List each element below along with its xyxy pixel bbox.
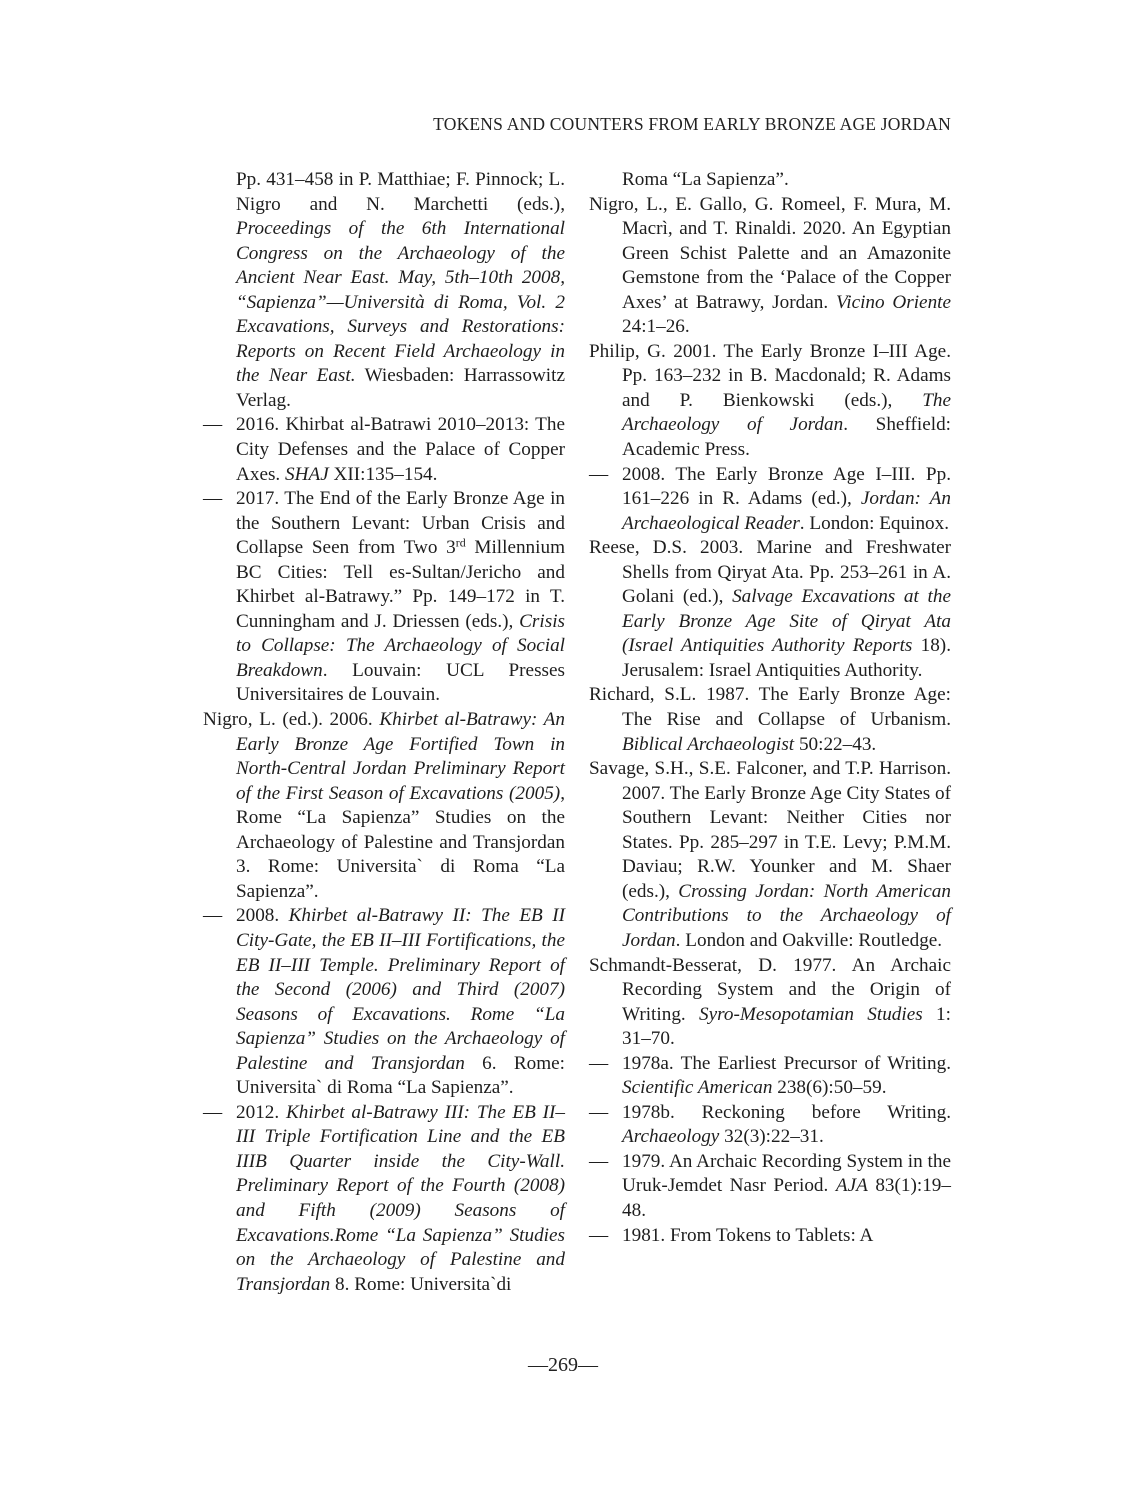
running-head: TOKENS AND COUNTERS FROM EARLY BRONZE AG… [433, 114, 951, 135]
reference-text: Roma “La Sapienza”. [622, 169, 789, 190]
reference-text: 1978b. Reckoning before Writing. [622, 1102, 951, 1123]
reference-entry: Nigro, L. (ed.). 2006. Khirbet al-Batraw… [203, 708, 565, 904]
reference-entry: —1981. From Tokens to Tablets: A [589, 1224, 951, 1249]
ditto-dash: — [203, 487, 222, 512]
reference-entry: —1978b. Reckoning before Writing. Archae… [589, 1101, 951, 1150]
reference-text: 24:1–26. [622, 316, 690, 337]
reference-entry: Reese, D.S. 2003. Marine and Freshwater … [589, 536, 951, 683]
italic-title: Khirbet al-Batrawy II: The EB II City-Ga… [236, 905, 565, 1073]
italic-title: Archaeology [622, 1126, 719, 1147]
reference-entry: Richard, S.L. 1987. The Early Bronze Age… [589, 683, 951, 757]
reference-text: Nigro, L. (ed.). 2006. [203, 709, 379, 730]
italic-title: SHAJ [285, 464, 329, 485]
references-right-column: Roma “La Sapienza”.Nigro, L., E. Gallo, … [589, 168, 951, 1248]
ditto-dash: — [203, 413, 222, 438]
ditto-dash: — [203, 904, 222, 929]
reference-continuation: Pp. 431–458 in P. Matthiae; F. Pinnock; … [203, 168, 565, 413]
reference-text: 2008. [236, 905, 289, 926]
reference-entry: Philip, G. 2001. The Early Bronze I–III … [589, 340, 951, 463]
reference-text: . London: Equinox. [800, 513, 949, 534]
reference-entry: —1979. An Archaic Recording System in th… [589, 1150, 951, 1224]
ditto-dash: — [589, 1101, 608, 1126]
reference-entry: Nigro, L., E. Gallo, G. Romeel, F. Mura,… [589, 193, 951, 340]
reference-text: Pp. 431–458 in P. Matthiae; F. Pinnock; … [236, 169, 565, 215]
ditto-dash: — [589, 1150, 608, 1175]
italic-title: Proceedings of the 6th International Con… [236, 218, 565, 386]
reference-entry: —2016. Khirbat al-Batrawi 2010–2013: The… [203, 413, 565, 487]
reference-text: 1978a. The Earliest Precursor of Writing… [622, 1053, 951, 1074]
reference-entry: —2008. The Early Bronze Age I–III. Pp. 1… [589, 463, 951, 537]
reference-text: 2012. [236, 1102, 286, 1123]
reference-text: 32(3):22–31. [719, 1126, 823, 1147]
italic-title: Vicino Oriente [836, 292, 951, 313]
reference-text: 238(6):50–59. [772, 1077, 886, 1098]
reference-entry: —2017. The End of the Early Bronze Age i… [203, 487, 565, 708]
reference-continuation: Roma “La Sapienza”. [589, 168, 951, 193]
reference-entry: —2012. Khirbet al-Batrawy III: The EB II… [203, 1101, 565, 1297]
reference-entry: —1978a. The Earliest Precursor of Writin… [589, 1052, 951, 1101]
reference-entry: Schmandt-Besserat, D. 1977. An Archaic R… [589, 954, 951, 1052]
reference-text: 1981. From Tokens to Tablets: A [622, 1225, 873, 1246]
ditto-dash: — [589, 463, 608, 488]
reference-text: 50:22–43. [794, 734, 876, 755]
italic-title: Biblical Archaeologist [622, 734, 794, 755]
ditto-dash: — [203, 1101, 222, 1126]
italic-title: Syro-Mesopotamian Studies [699, 1004, 923, 1025]
reference-entry: —2008. Khirbet al-Batrawy II: The EB II … [203, 904, 565, 1100]
reference-entry: Savage, S.H., S.E. Falconer, and T.P. Ha… [589, 757, 951, 953]
reference-text: Philip, G. 2001. The Early Bronze I–III … [589, 341, 951, 411]
references-left-column: Pp. 431–458 in P. Matthiae; F. Pinnock; … [203, 168, 565, 1297]
page-number: —269— [0, 1354, 1126, 1377]
reference-text: 8. Rome: Universita`di [330, 1274, 511, 1295]
reference-text: . London and Oakville: Routledge. [676, 930, 942, 951]
italic-title: Khirbet al-Batrawy III: The EB II–III Tr… [236, 1102, 565, 1295]
reference-text: Richard, S.L. 1987. The Early Bronze Age… [589, 684, 951, 730]
superscript: rd [456, 536, 466, 550]
reference-text: XII:135–154. [329, 464, 438, 485]
ditto-dash: — [589, 1224, 608, 1249]
italic-title: AJA [836, 1175, 868, 1196]
italic-title: Scientific American [622, 1077, 772, 1098]
ditto-dash: — [589, 1052, 608, 1077]
